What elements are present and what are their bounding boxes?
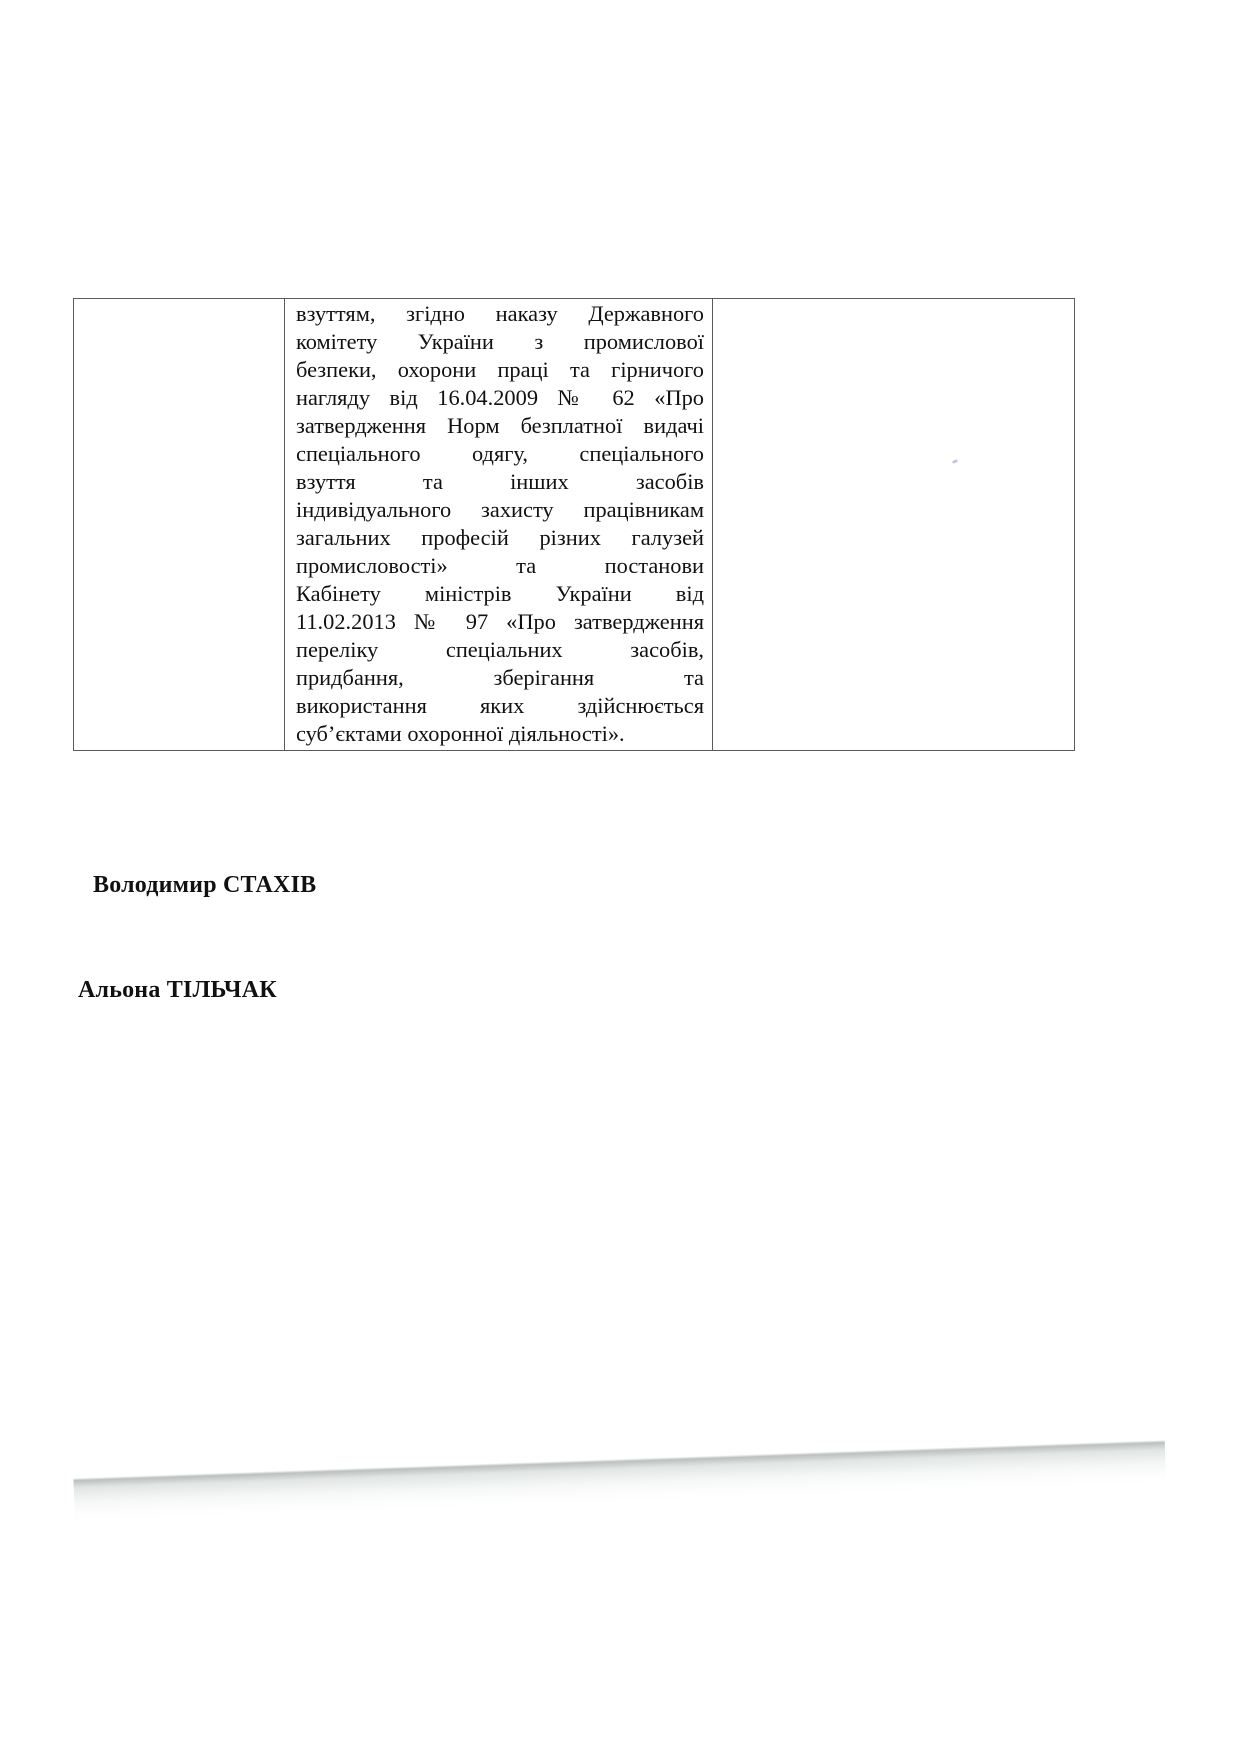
cell-text-line: комітету України з промислової	[296, 328, 704, 356]
table-cell-text: взуттям, згідно наказу Державногокомітет…	[285, 299, 713, 751]
table-row: взуттям, згідно наказу Державногокомітет…	[74, 299, 1075, 751]
cell-text-line: переліку спеціальних засобів,	[296, 636, 704, 664]
cell-text-line: використання яких здійснюється	[296, 692, 704, 720]
cell-text-line: загальних професій різних галузей	[296, 524, 704, 552]
signature-name-2: Альона ТІЛЬЧАК	[78, 977, 277, 1004]
cell-text-line: спеціального одягу, спеціального	[296, 440, 704, 468]
cell-text-line: безпеки, охорони праці та гірничого	[296, 356, 704, 384]
cell-text-line: індивідуального захисту працівникам	[296, 496, 704, 524]
cell-text-line: взуттям, згідно наказу Державного	[296, 300, 704, 328]
document-table: взуттям, згідно наказу Державногокомітет…	[73, 298, 1075, 751]
table-cell-paragraph: взуттям, згідно наказу Державногокомітет…	[285, 299, 712, 750]
document-page: взуттям, згідно наказу Державногокомітет…	[0, 0, 1241, 1754]
cell-text-line: взуття та інших засобів	[296, 468, 704, 496]
scan-artifact-band	[73, 1440, 1166, 1522]
table-cell-empty-left	[74, 299, 285, 751]
cell-text-line: 11.02.2013 № 97 «Про затвердження	[296, 608, 704, 636]
cell-text-line: затвердження Норм безплатної видачі	[296, 412, 704, 440]
cell-text-line: нагляду від 16.04.2009 № 62 «Про	[296, 384, 704, 412]
cell-text-line: придбання, зберігання та	[296, 664, 704, 692]
cell-text-line: Кабінету міністрів України від	[296, 580, 704, 608]
cell-text-line: промисловості» та постанови	[296, 552, 704, 580]
signature-name-1: Володимир СТАХІВ	[93, 872, 316, 899]
table-cell-empty-right	[713, 299, 1075, 751]
cell-text-line: суб’єктами охоронної діяльності».	[296, 720, 704, 748]
